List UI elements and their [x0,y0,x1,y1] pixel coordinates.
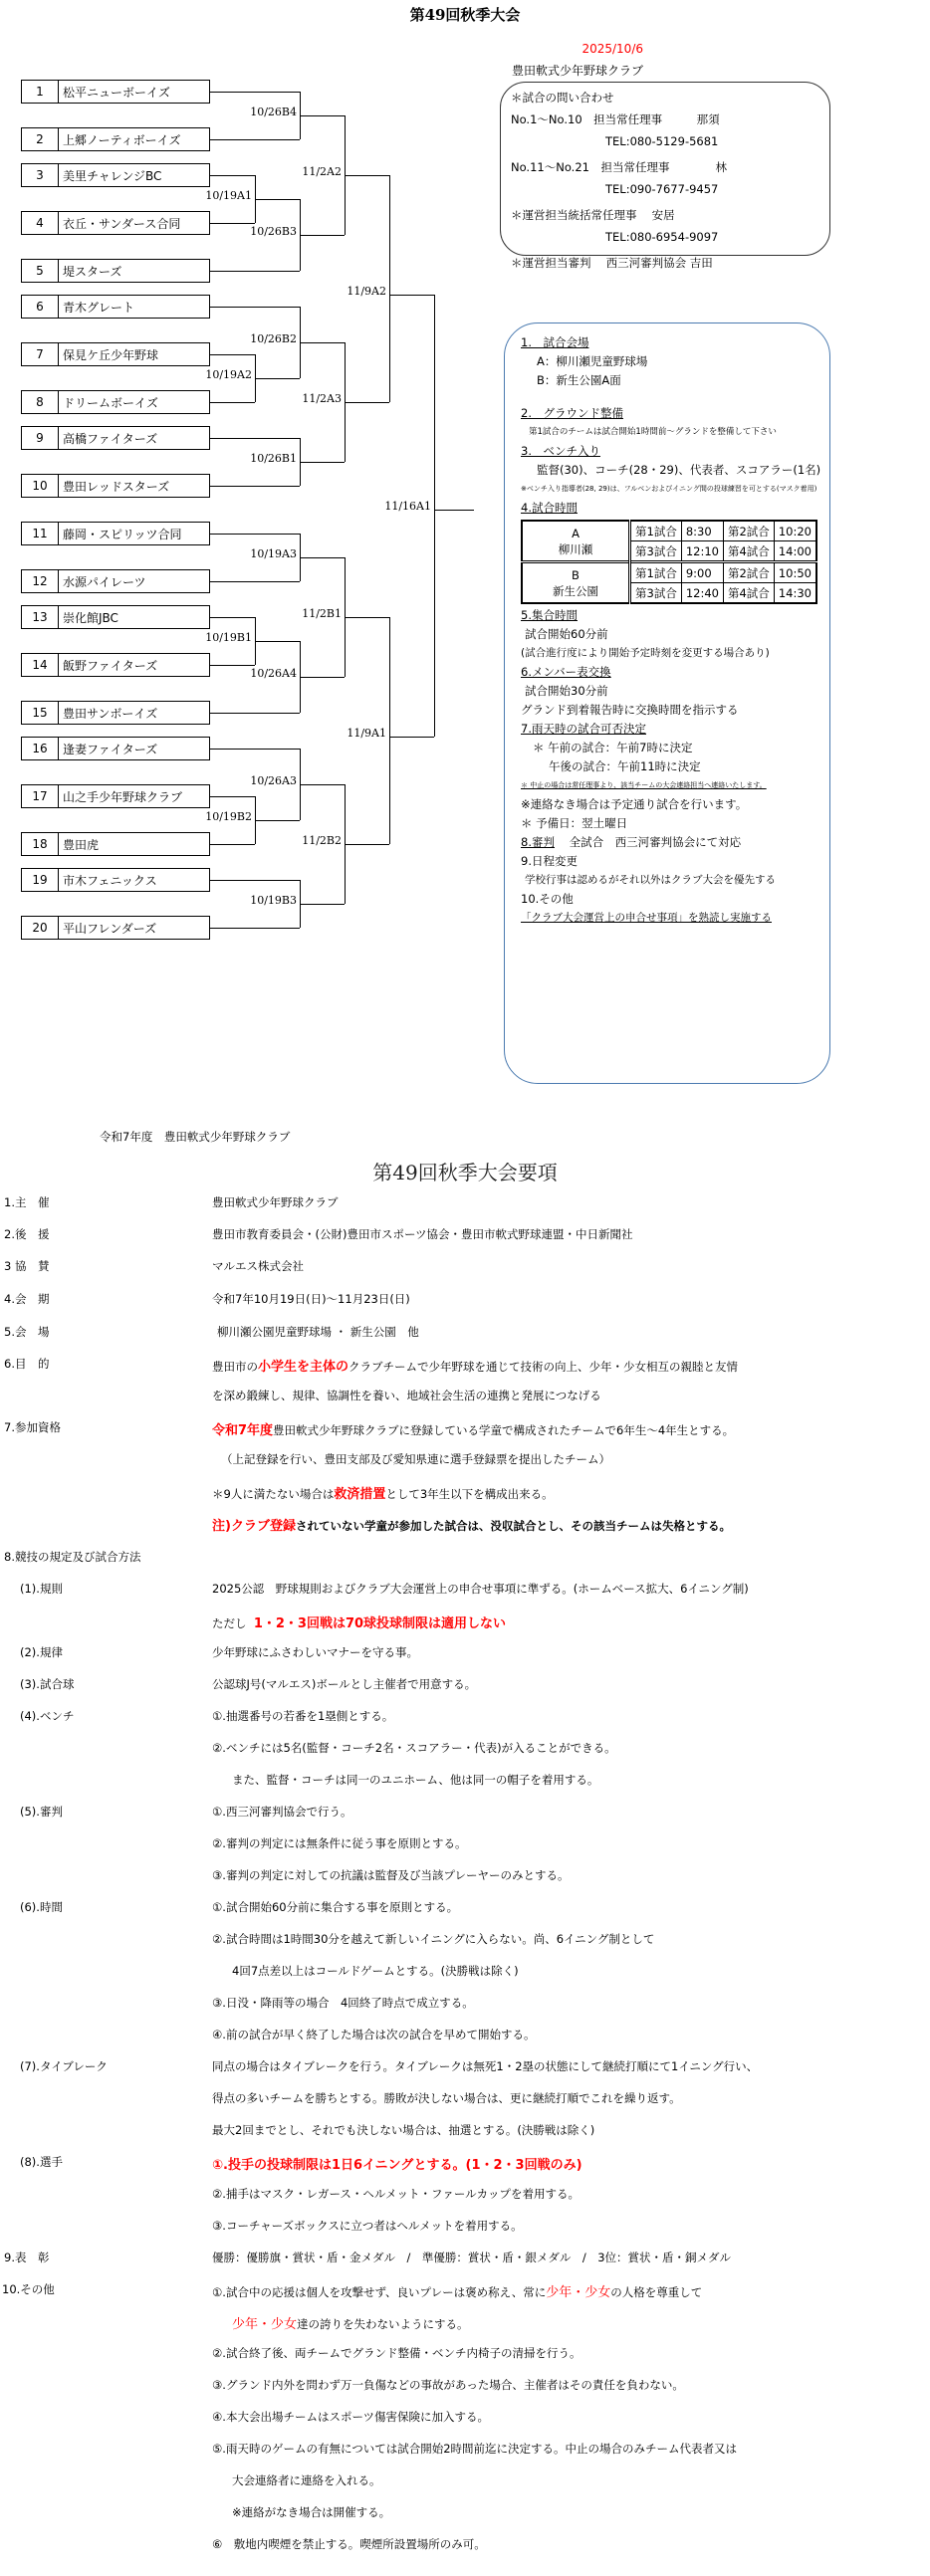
match-label: 10/19A3 [217,547,297,560]
team-entry: 5堤スターズ [21,259,210,283]
match-label: 10/19B1 [172,631,252,644]
team-number: 1 [22,81,59,103]
info-panel: 1. 試合会場 A：柳川瀬児童野球場 B：新生公園A面 2. グラウンド整備 第… [504,322,830,1084]
guideline-row: 2.後 援豊田市教育委員会・(公財)豊田市スポーツ協会・豊田市軟式野球連盟・中日… [0,1226,930,1246]
section-text: 監督(30)、コーチ(28・29)、代表者、スコアラー(1名) [521,461,829,480]
match-label: 10/26A4 [217,667,297,680]
contact-line: ＊運営担当統括常任理事 安居 [511,204,829,226]
guideline-row: 大会連絡者に連絡を入れる。 [0,2472,930,2492]
section-text: ＊ 午前の試合：午前7時に決定 [521,739,829,757]
section-note: ＊ 中止の場合は常任理事より、該当チームの大会連絡担当へ連絡いたします。 [521,776,829,795]
match-label: 11/16A1 [351,500,431,513]
team-entry: 19市木フェニックス [21,868,210,892]
team-entry: 1松平ニューボーイズ [21,80,210,104]
team-number: 18 [22,833,59,855]
team-entry: 15豊田サンボーイズ [21,701,210,725]
contact-tel: TEL:080-6954-9097 [511,226,829,248]
team-number: 13 [22,606,59,628]
match-label: 10/19B2 [172,810,252,823]
section-text: グランド到着報告時に交換時間を指示する [521,701,829,720]
guideline-row: (3).試合球公認球J号(マルエス)ボールとし主催者で用意する。 [0,1676,930,1696]
section-text: ※連絡なき場合は予定通り試合を行います。 [521,795,829,814]
match-label: 10/26B1 [217,452,297,465]
match-label: 11/2A2 [262,165,342,178]
team-name: 美里チャレンジBC [59,164,161,186]
game-time: 14:30 [774,583,816,604]
team-name: 松平ニューボーイズ [59,81,170,103]
team-name: 豊田レッドスターズ [59,475,169,497]
game-time: 8:30 [681,521,723,541]
guideline-row: 4.会 期令和7年10月19日(日)～11月23日(日) [0,1291,930,1311]
team-number: 2 [22,128,59,150]
section-text: 第1試合のチームは試合開始1時間前～グランドを整備して下さい [521,423,829,442]
guideline-row: (1).規則2025公認 野球規則およびクラブ大会運営上の申合せ事項に準ずる。(… [0,1581,930,1601]
guideline-row: 6.目 的豊田市の小学生を主体のクラブチームで少年野球を通じて技術の向上、少年・… [0,1356,930,1376]
team-name: 水源パイレーツ [59,570,146,592]
team-name: 山之手少年野球クラブ [59,785,182,807]
guideline-row: また、監督・コーチは同一のユニホーム、他は同一の帽子を着用する。 [0,1772,930,1792]
team-number: 11 [22,523,59,544]
team-name: 衣丘・サンダース合同 [59,212,180,234]
section-text: 「クラブ大会運営上の申合せ事項」を熟読し実施する [521,909,829,928]
guideline-row: 1.主 催豊田軟式少年野球クラブ [0,1194,930,1214]
match-label: 11/2B1 [262,607,342,620]
team-entry: 12水源パイレーツ [21,569,210,593]
guideline-row: ただし 1・2・3回戦は70球投球制限は適用しない [0,1612,930,1632]
team-number: 9 [22,427,59,449]
contact-line: No.1～No.10 担当常任理事 那須 [511,108,829,130]
team-entry: 2上郷ノーティボーイズ [21,127,210,151]
guideline-row: ②.試合時間は1時間30分を越えて新しいイニングに入らない。尚、6イニング制とし… [0,1931,930,1951]
team-name: 藤岡・スピリッツ合同 [59,523,182,544]
section-note: ※ベンチ入り指導者(28, 29)は、フルベンおよびイニング間の投球練習を可とす… [521,480,829,499]
issue-date: 2025/10/6 [581,42,643,56]
guideline-row: 得点の多いチームを勝ちとする。勝敗が決しない場合は、更に継続打順でこれを繰り返す… [0,2090,930,2110]
section-title: 5.集合時間 [521,606,829,625]
match-label: 11/2A3 [262,392,342,405]
game-label: 第2試合 [723,521,774,541]
team-entry: 17山之手少年野球クラブ [21,784,210,808]
guideline-row: (6).時間①.試合開始60分前に集合する事を原則とする。 [0,1899,930,1919]
team-name: 飯野ファイターズ [59,654,157,676]
section-title: 7.雨天時の試合可否決定 [521,720,829,739]
section-text: 試合開始30分前 [521,682,829,701]
guideline-row: (4).ベンチ①.抽選番号の若番を1塁側とする。 [0,1708,930,1728]
team-name: 逢妻ファイターズ [59,738,157,759]
guideline-row: 7.参加資格令和7年度豊田軟式少年野球クラブに登録している学童で構成されたチーム… [0,1419,930,1439]
section-text: 試合開始60分前 [521,625,829,644]
guideline-row: 4回7点差以上はコールドゲームとする。(決勝戦は除く) [0,1963,930,1983]
match-label: 11/9A1 [307,727,386,740]
section-text: ＊ 予備日：翌土曜日 [521,814,829,833]
venue-a: A：柳川瀬児童野球場 [521,352,829,371]
team-entry: 14飯野ファイターズ [21,653,210,677]
guideline-row: ⑥ 敷地内喫煙を禁止する。喫煙所設置場所のみ可。 [0,2536,930,2556]
team-name: 市木フェニックス [59,869,157,891]
team-number: 14 [22,654,59,676]
team-entry: 18豊田虎 [21,832,210,856]
guideline-row: 10.その他①.試合中の応援は個人を攻撃せず、良いプレーは褒め称え、常に少年・少… [0,2281,930,2301]
game-label: 第3試合 [630,583,682,604]
match-label: 10/26A3 [217,774,297,787]
game-time: 14:00 [774,541,816,562]
team-name: 平山フレンダーズ [59,917,156,939]
section-text: 全試合 西三河審判協会にて対応 [570,835,742,849]
venue-cell: A柳川瀬 [522,521,630,562]
game-time: 12:40 [681,583,723,604]
team-number: 5 [22,260,59,282]
section-title: 6.メンバー表交換 [521,663,829,682]
match-label: 10/19A2 [172,368,252,381]
guideline-row: ③.グランド内外を問わず万一負傷などの事故があった場合、主催者はその責任を負わな… [0,2377,930,2397]
guideline-row: 少年・少女達の誇りを失わないようにする。 [0,2313,930,2333]
guideline-row: 5.会 場柳川瀬公園児童野球場 ・ 新生公園 他 [0,1324,930,1344]
team-name: 上郷ノーティボーイズ [59,128,181,150]
team-name: ドリームボーイズ [59,391,158,413]
venue-b: B：新生公園A面 [521,371,829,390]
match-label: 11/9A2 [307,285,386,298]
guideline-row: (2).規律少年野球にふさわしいマナーを守る事。 [0,1644,930,1664]
team-entry: 20平山フレンダーズ [21,916,210,940]
team-number: 7 [22,343,59,365]
guideline-row: 注)クラブ登録されていない学童が参加した試合は、没収試合とし、その該当チームは失… [0,1515,930,1535]
guideline-row: を深め鍛練し、規律、協調性を養い、地域社会生活の連携と発展につなげる [0,1388,930,1407]
team-entry: 10豊田レッドスターズ [21,474,210,498]
contact-heading: ＊試合の問い合わせ [511,87,829,108]
guidelines-title: 第49回秋季大会要項 [0,1157,930,1185]
guideline-row: (7).タイブレーク同点の場合はタイブレークを行う。タイブレークは無死1・2塁の… [0,2058,930,2078]
team-name: 豊田虎 [59,833,99,855]
match-label: 11/2B2 [262,834,342,847]
game-label: 第4試合 [723,583,774,604]
team-number: 4 [22,212,59,234]
game-time: 9:00 [681,562,723,583]
game-time: 10:20 [774,521,816,541]
guideline-row: ④.本大会出場チームはスポーツ傷害保険に加入する。 [0,2409,930,2429]
game-label: 第1試合 [630,562,682,583]
team-name: 堤スターズ [59,260,121,282]
contact-tel: TEL:080-5129-5681 [511,130,829,152]
game-time: 10:50 [774,562,816,583]
contact-tel: TEL:090-7677-9457 [511,178,829,200]
guideline-row: ②.捕手はマスク・レガース・ヘルメット・ファールカップを着用する。 [0,2186,930,2206]
team-entry: 6青木グレート [21,295,210,319]
game-label: 第2試合 [723,562,774,583]
team-number: 20 [22,917,59,939]
guideline-row: 最大2回までとし、それでも決しない場合は、抽選とする。(決勝戦は除く) [0,2122,930,2142]
contact-line: No.11～No.21 担当常任理事 林 [511,156,829,178]
team-number: 15 [22,702,59,724]
guideline-row: (5).審判①.西三河審判協会で行う。 [0,1804,930,1824]
team-entry: 8ドリームボーイズ [21,390,210,414]
section-text: 学校行事は認めるがそれ以外はクラブ大会を優先する [521,871,829,890]
guideline-row: ③.コーチャーズボックスに立つ者はヘルメットを着用する。 [0,2218,930,2238]
venue-cell: B新生公園 [522,562,630,604]
team-number: 10 [22,475,59,497]
team-entry: 4衣丘・サンダース合同 [21,211,210,235]
team-entry: 11藤岡・スピリッツ合同 [21,522,210,545]
section-text: (試合進行度により開始予定時刻を変更する場合あり) [521,644,829,663]
section-title: 8.審判 [521,835,555,849]
team-name: 豊田サンボーイズ [59,702,157,724]
schedule-table: A柳川瀬 第1試合 8:30 第2試合 10:20 第3試合 12:10 第4試… [521,520,817,604]
team-entry: 13崇化館JBC [21,605,210,629]
section-text: 午後の試合：午前11時に決定 [521,757,829,776]
organizer-name: 豊田軟式少年野球クラブ [512,62,643,79]
guideline-row: ②.試合終了後、両チームでグランド整備・ベンチ内椅子の清掃を行う。 [0,2345,930,2365]
team-number: 8 [22,391,59,413]
guideline-row: ③.日没・降雨等の場合 4回終了時点で成立する。 [0,1995,930,2015]
team-number: 12 [22,570,59,592]
team-number: 19 [22,869,59,891]
guideline-row: （上記登録を行い、豊田支部及び愛知県連に選手登録票を提出したチーム） [0,1451,930,1471]
match-label: 10/19A1 [172,189,252,202]
guideline-row: 3 協 賛マルエス株式会社 [0,1258,930,1278]
section-title: 4.試合時間 [521,499,829,518]
team-name: 青木グレート [59,296,134,318]
guideline-row: ⑤.雨天時のゲームの有無については試合開始2時間前迄に決定する。中止の場合のみチ… [0,2441,930,2461]
game-label: 第4試合 [723,541,774,562]
team-number: 3 [22,164,59,186]
guideline-row: ※連絡がなき場合は開催する。 [0,2504,930,2524]
section-title: 3. ベンチ入り [521,442,829,461]
guideline-row: (8).選手①.投手の投球制限は1日6イニングとする。(1・2・3回戦のみ) [0,2154,930,2174]
guideline-row: ②.ベンチには5名(監督・コーチ2名・スコアラー・代表)が入ることができる。 [0,1740,930,1760]
page-title: 第49回秋季大会 [0,4,930,25]
guidelines-org: 令和7年度 豊田軟式少年野球クラブ [100,1129,290,1145]
guideline-row: 9.表 彰優勝：優勝旗・賞状・盾・金メダル / 準優勝：賞状・盾・銀メダル / … [0,2250,930,2269]
game-label: 第1試合 [630,521,682,541]
team-entry: 9高橋ファイターズ [21,426,210,450]
section-title: 9.日程変更 [521,852,829,871]
section-title: 2. グラウンド整備 [521,404,829,423]
team-entry: 7保見ケ丘少年野球 [21,342,210,366]
section-title: 1. 試合会場 [521,333,829,352]
match-label: 10/26B3 [217,225,297,238]
game-label: 第3試合 [630,541,682,562]
team-name: 高橋ファイターズ [59,427,157,449]
match-label: 10/26B2 [217,332,297,345]
contact-panel: ＊試合の問い合わせ No.1～No.10 担当常任理事 那須 TEL:080-5… [500,82,830,256]
match-label: 10/26B4 [217,106,297,118]
team-number: 16 [22,738,59,759]
guideline-row: ④.前の試合が早く終了した場合は次の試合を早めて開始する。 [0,2027,930,2046]
guideline-row: ＊9人に満たない場合は救済措置として3年生以下を構成出来る。 [0,1483,930,1503]
game-time: 12:10 [681,541,723,562]
guideline-row: ②.審判の判定には無条件に従う事を原則とする。 [0,1835,930,1855]
team-entry: 3美里チャレンジBC [21,163,210,187]
guideline-row: ③.審判の判定に対しての抗議は監督及び当該プレーヤーのみとする。 [0,1867,930,1887]
match-label: 10/19B3 [217,894,297,907]
team-number: 17 [22,785,59,807]
team-entry: 16逢妻ファイターズ [21,737,210,760]
guideline-row: 8.競技の規定及び試合方法 [0,1549,930,1569]
team-number: 6 [22,296,59,318]
section-title: 10.その他 [521,890,829,909]
team-name: 保見ケ丘少年野球 [59,343,158,365]
team-name: 崇化館JBC [59,606,118,628]
contact-line: ＊運営担当審判 西三河審判協会 吉田 [511,252,829,274]
